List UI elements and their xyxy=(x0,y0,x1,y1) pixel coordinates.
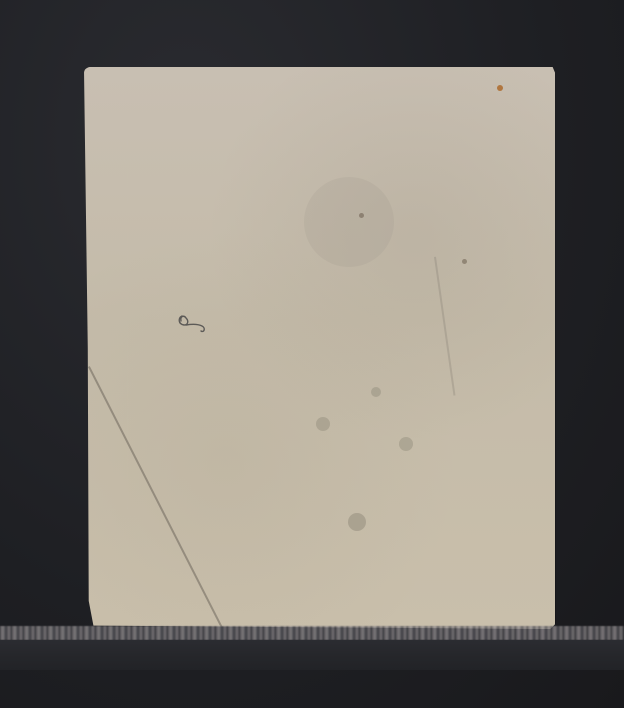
mount-strip xyxy=(0,640,624,670)
crease-line xyxy=(434,257,455,396)
dark-spot xyxy=(371,387,381,397)
dark-spot xyxy=(348,513,366,531)
gum-stain xyxy=(304,177,394,267)
rust-spot xyxy=(497,85,503,91)
pencil-mark-8 xyxy=(176,312,210,334)
dark-spot xyxy=(316,417,330,431)
stamp-back xyxy=(84,67,555,629)
mount-edge xyxy=(0,626,624,640)
dark-spot xyxy=(462,259,467,264)
dark-spot xyxy=(399,437,413,451)
crease-line xyxy=(88,366,235,652)
